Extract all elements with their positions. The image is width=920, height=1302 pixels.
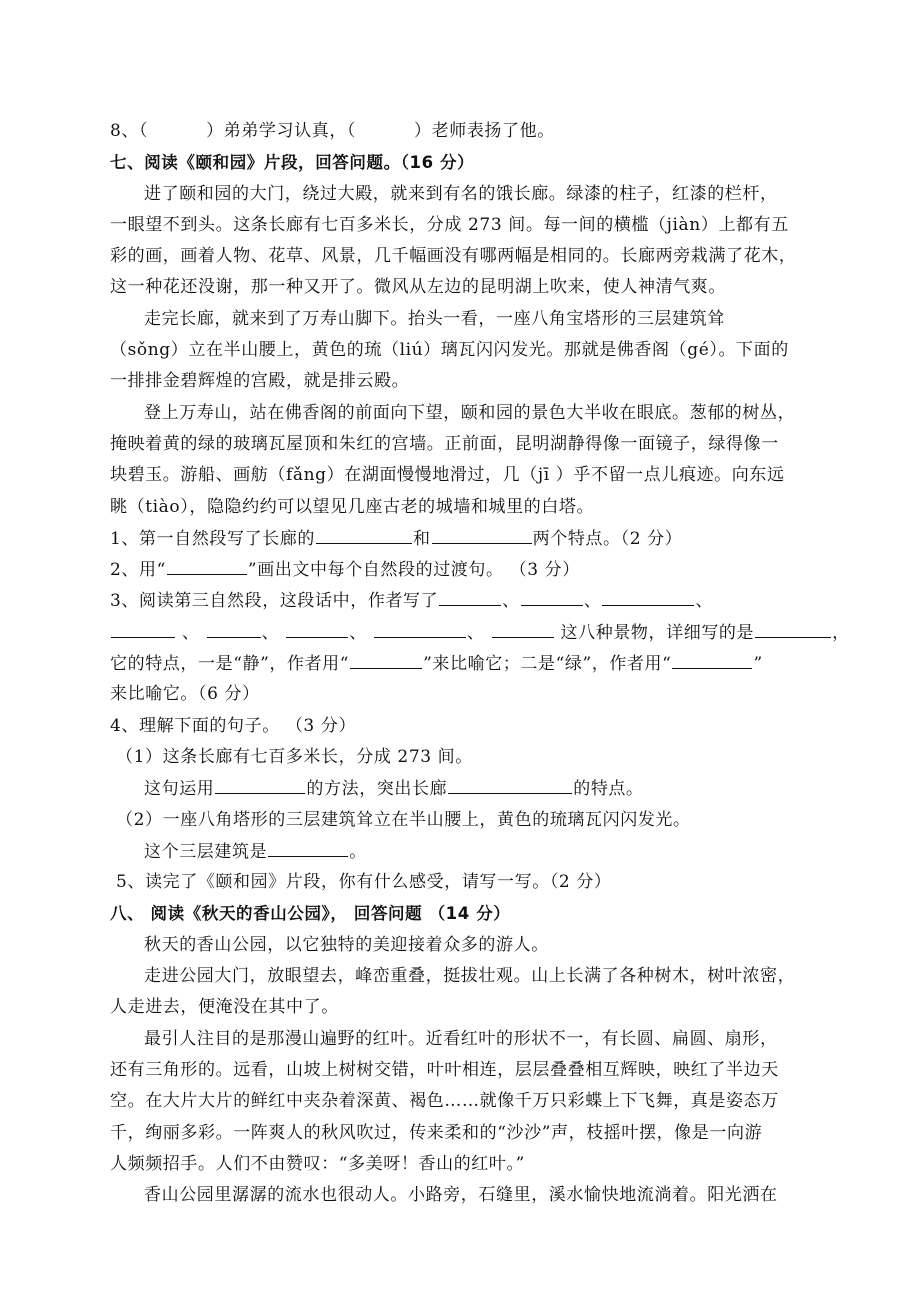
answer-blank[interactable]: [316, 523, 412, 544]
q4-text: 这句运用: [144, 779, 214, 799]
answer-blank[interactable]: [432, 523, 532, 544]
q3-text: ”: [753, 654, 762, 674]
q4-text: 。: [349, 842, 367, 862]
answer-blank[interactable]: [521, 585, 583, 606]
passage-line: 走进公园大门，放眼望去，峰峦重叠，挺拔壮观。山上长满了各种树木，树叶浓密，: [110, 961, 822, 992]
passage-line: 眺（tiào），隐隐约约可以望见几座古老的城墙和城里的白塔。: [110, 492, 822, 523]
question-2: 2、用“”画出文中每个自然段的过渡句。 （3 分）: [110, 554, 822, 585]
q4-text: 的方法，突出长廊: [306, 779, 447, 799]
passage-line: 最引人注目的是那漫山遍野的红叶。近看红叶的形状不一，有长圆、扁圆、扇形，: [110, 1024, 822, 1055]
separator: 、: [502, 591, 520, 611]
passage-line: 彩的画，画着人物、花草、风景，几千幅画没有哪两幅是相同的。长廊两旁栽满了花木，: [110, 241, 822, 272]
passage-line: 香山公园里潺潺的流水也很动人。小路旁，石缝里，溪水愉快地流淌着。阳光洒在: [110, 1180, 822, 1211]
question-1: 1、第一自然段写了长廊的和两个特点。（2 分）: [110, 523, 822, 554]
answer-blank[interactable]: [111, 617, 175, 638]
question-4-sentence-1: （1）这条长廊有七百多米长，分成 273 间。: [110, 742, 822, 773]
answer-blank[interactable]: [755, 617, 831, 638]
q3-text: ”来比喻它；二是“绿”，作者用“: [423, 654, 671, 674]
q4-text: 的特点。: [573, 779, 643, 799]
q8-suffix: ）老师表扬了他。: [414, 121, 555, 141]
passage-line: （sǒng）立在半山腰上，黄色的琉（liú）璃瓦闪闪发光。那就是佛香阁（gé）。…: [110, 335, 822, 366]
separator: 、: [695, 591, 713, 611]
answer-blank[interactable]: [207, 617, 261, 638]
question-5: 5、读完了《颐和园》片段，你有什么感受，请写一写。（2 分）: [110, 867, 822, 898]
q2-text: 2、用“: [110, 560, 166, 580]
passage-line: 千，绚丽多彩。一阵爽人的秋风吹过，传来柔和的“沙沙”声，枝摇叶摆，像是一向游: [110, 1118, 822, 1149]
question-8: 8、（）弟弟学习认真，（）老师表扬了他。: [110, 116, 822, 147]
section-7-heading: 七、阅读《颐和园》片段，回答问题。（16 分）: [110, 147, 822, 178]
q3-text: 这八种景物，详细写的是: [555, 623, 755, 643]
separator: 、: [349, 623, 367, 643]
passage-line: 秋天的香山公园，以它独特的美迎接着众多的游人。: [110, 930, 822, 961]
q2-text: ”画出文中每个自然段的过渡句。 （3 分）: [248, 560, 580, 580]
passage-line: 空。在大片大片的鲜红中夹杂着深黄、褐色……就像千万只彩蝶上下飞舞，真是姿态万: [110, 1086, 822, 1117]
q1-text: 1、第一自然段写了长廊的: [110, 529, 315, 549]
q3-text: 它的特点，一是“静”，作者用“: [110, 654, 349, 674]
q1-text: 两个特点。（2 分）: [533, 529, 683, 549]
separator: 、: [584, 591, 602, 611]
question-4-answer-2: 这个三层建筑是。: [110, 836, 822, 867]
passage-line: 一眼望不到头。这条长廊有七百多米长，分成 273 间。每一间的横槛（jiàn）上…: [110, 210, 822, 241]
passage-line: 一排排金碧辉煌的宫殿，就是排云殿。: [110, 366, 822, 397]
passage-line: 走完长廊，就来到了万寿山脚下。抬头一看，一座八角宝塔形的三层建筑耸: [110, 304, 822, 335]
answer-blank[interactable]: [492, 617, 554, 638]
passage-line: 这一种花还没谢，那一种又开了。微风从左边的昆明湖上吹来，使人神清气爽。: [110, 272, 822, 303]
question-4-answer-1: 这句运用的方法，突出长廊的特点。: [110, 773, 822, 804]
answer-blank[interactable]: [286, 617, 348, 638]
question-3-cont: 来比喻它。（6 分）: [110, 679, 822, 710]
answer-blank[interactable]: [374, 617, 466, 638]
answer-blank[interactable]: [268, 836, 348, 857]
passage-line: 登上万寿山，站在佛香阁的前面向下望，颐和园的景色大半收在眼底。葱郁的树丛，: [110, 398, 822, 429]
section-8-heading: 八、 阅读《秋天的香山公园》， 回答问题 （14 分）: [110, 898, 822, 929]
answer-blank[interactable]: [672, 648, 752, 669]
passage-line: 掩映着黄的绿的玻璃瓦屋顶和朱红的宫墙。正前面，昆明湖静得像一面镜子，绿得像一: [110, 429, 822, 460]
answer-blank[interactable]: [448, 773, 572, 794]
passage-line: 进了颐和园的大门，绕过大殿，就来到有名的饿长廊。绿漆的柱子，红漆的栏杆，: [110, 179, 822, 210]
passage-line: 块碧玉。游船、画舫（fǎng）在湖面慢慢地滑过，几（jī ）乎不留一点儿痕迹。向…: [110, 460, 822, 491]
q1-text: 和: [413, 529, 431, 549]
q8-prefix: 8、（: [110, 121, 148, 141]
answer-blank[interactable]: [167, 554, 247, 575]
q3-text: 3、阅读第三自然段，这段话中，作者写了: [110, 591, 438, 611]
answer-blank[interactable]: [215, 773, 305, 794]
separator: ，: [832, 623, 850, 643]
question-3-cont: 它的特点，一是“静”，作者用“”来比喻它；二是“绿”，作者用“”: [110, 648, 822, 679]
answer-blank[interactable]: [602, 585, 694, 606]
passage-line: 人走进去，便淹没在其中了。: [110, 992, 822, 1023]
question-4-sentence-2: （2）一座八角塔形的三层建筑耸立在半山腰上，黄色的琉璃瓦闪闪发光。: [110, 805, 822, 836]
q8-mid: ）弟弟学习认真，（: [206, 121, 356, 141]
separator: 、: [182, 623, 200, 643]
answer-blank[interactable]: [439, 585, 501, 606]
question-3-cont: 、 、 、 、 这八种景物，详细写的是，: [110, 617, 822, 648]
answer-blank[interactable]: [350, 648, 422, 669]
passage-line: 还有三角形的。远看，山坡上树树交错，叶叶相连，层层叠叠相互辉映，映红了半边天: [110, 1055, 822, 1086]
separator: 、: [467, 623, 485, 643]
question-4-title: 4、理解下面的句子。 （3 分）: [110, 711, 822, 742]
passage-line: 人频频招手。人们不由赞叹：“多美呀！香山的红叶。”: [110, 1149, 822, 1180]
separator: 、: [262, 623, 280, 643]
q4-text: 这个三层建筑是: [144, 842, 267, 862]
question-3: 3、阅读第三自然段，这段话中，作者写了、、、: [110, 585, 822, 616]
exam-page: 8、（）弟弟学习认真，（）老师表扬了他。 七、阅读《颐和园》片段，回答问题。（1…: [110, 116, 822, 1211]
